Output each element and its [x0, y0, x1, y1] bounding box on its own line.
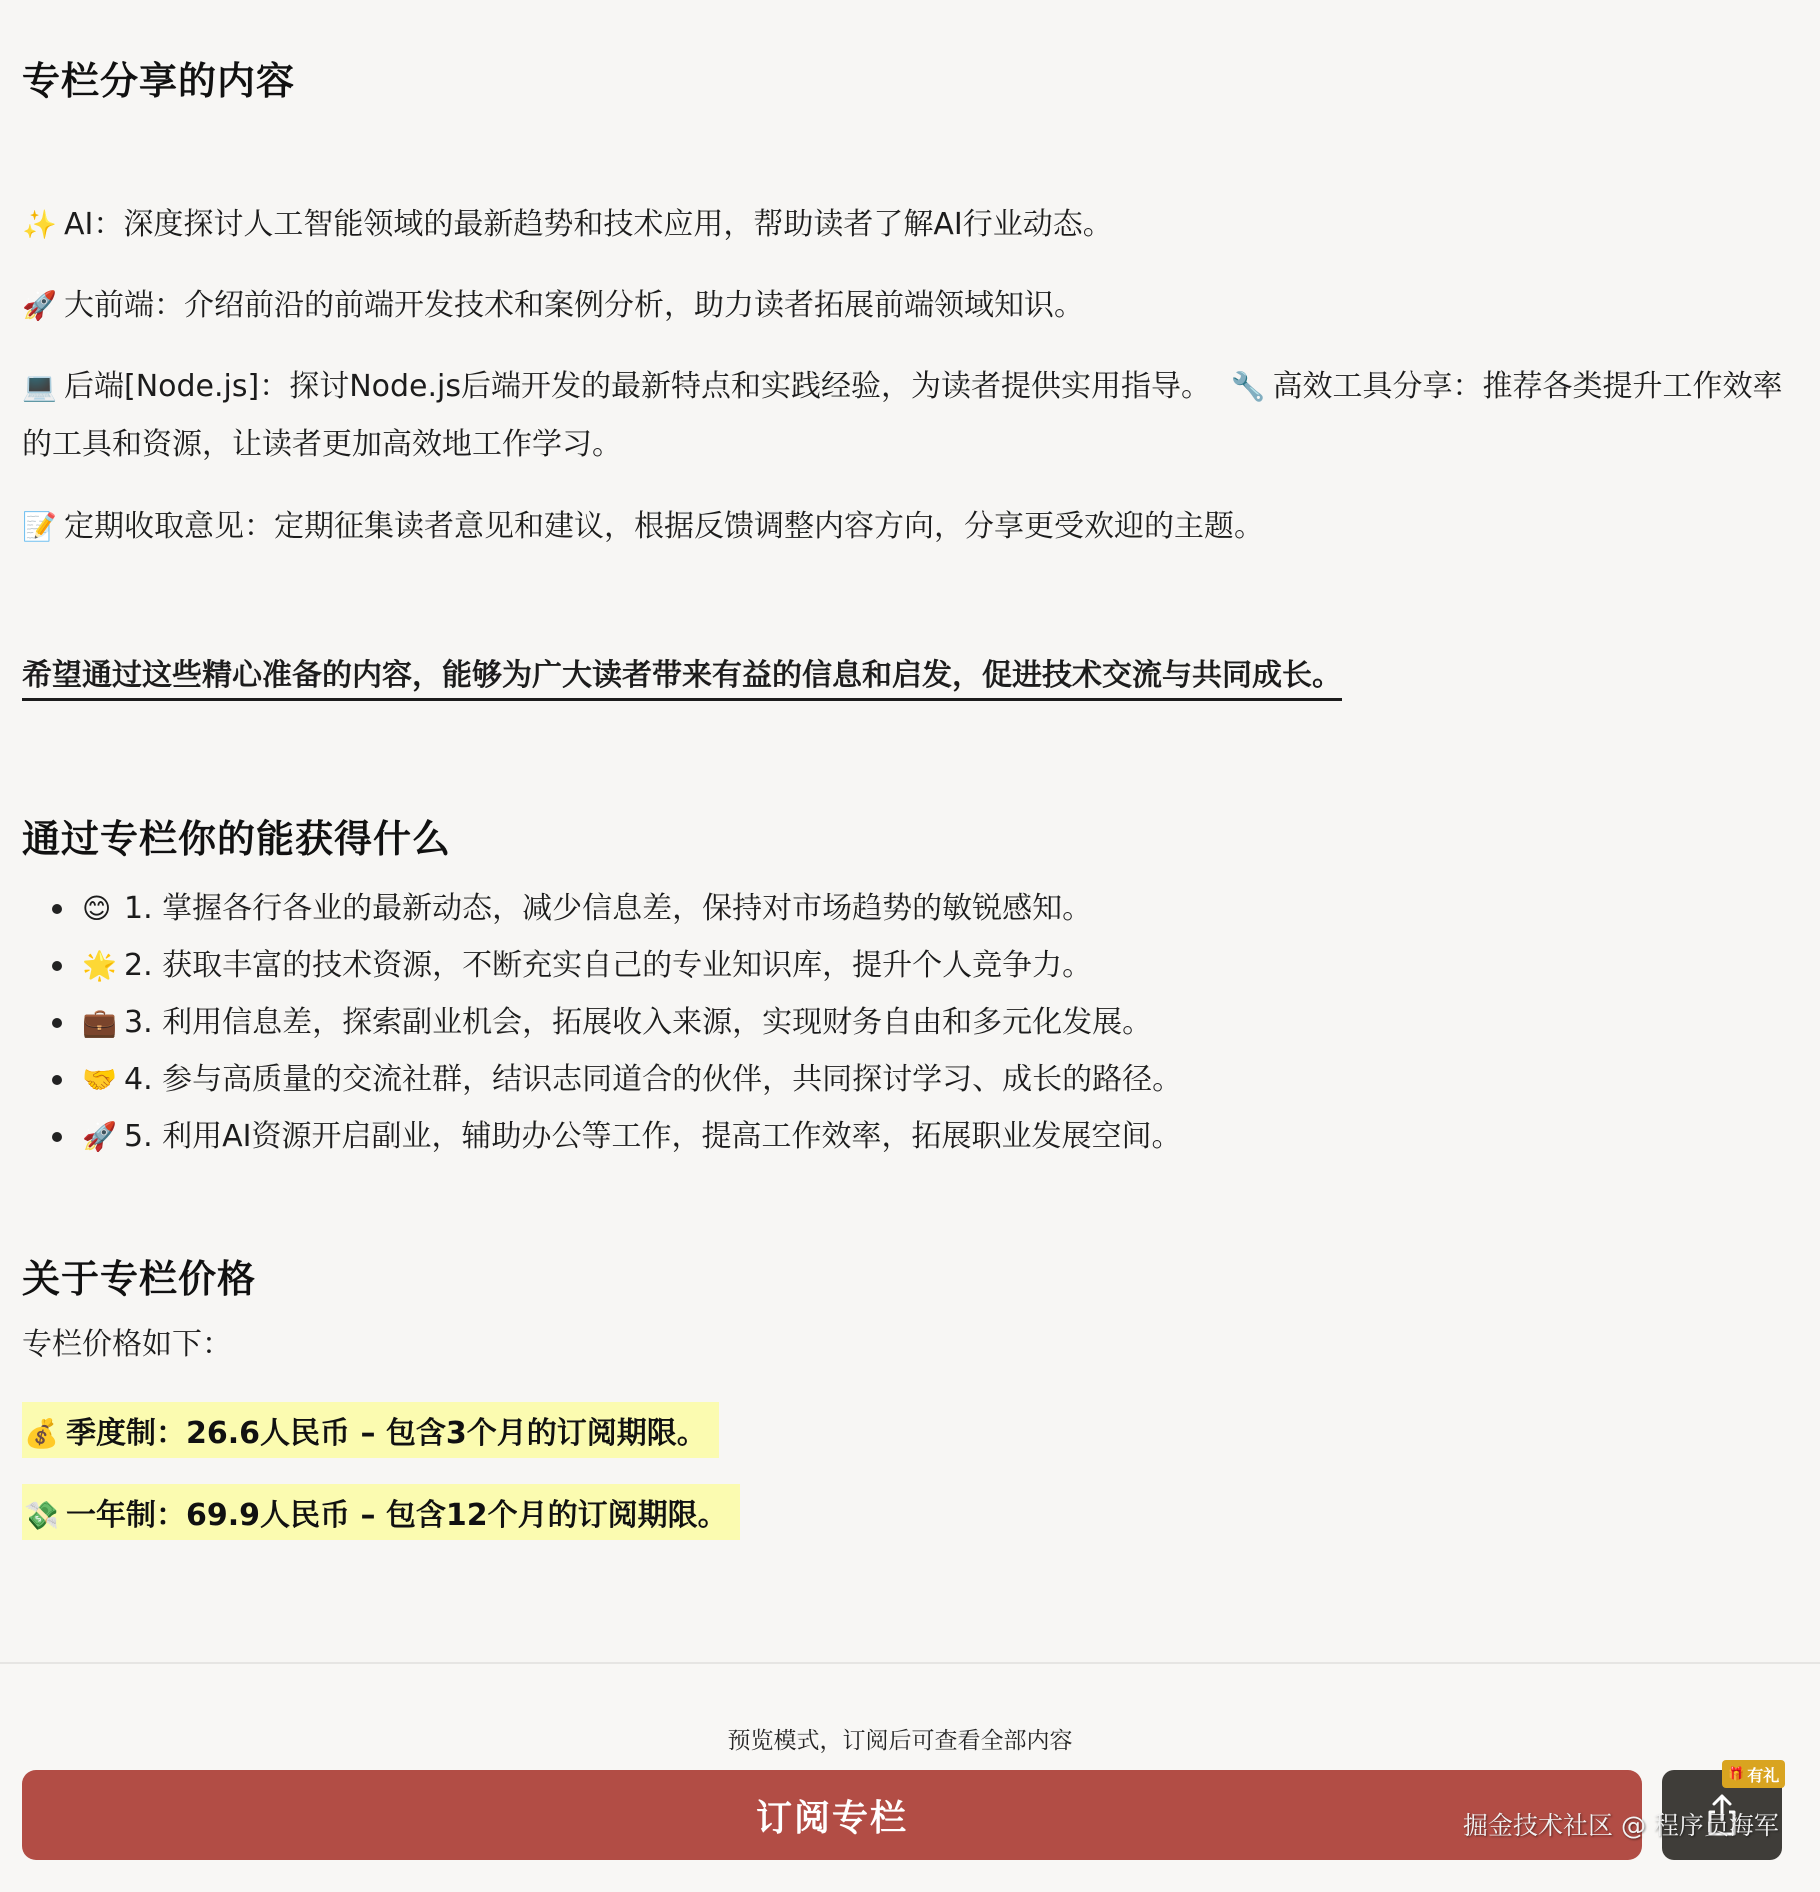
list-item: 🚀5. 利用AI资源开启副业，辅助办公等工作，提高工作效率，拓展职业发展空间。 — [52, 1108, 1182, 1165]
rocket-icon: 🚀 — [22, 277, 56, 335]
star-icon: 🌟 — [82, 937, 116, 994]
money-with-wings-icon: 💸 — [24, 1499, 58, 1532]
content-item-backend: 💻后端[Node.js]：探讨Node.js后端开发的最新特点和实践经验，为读者… — [22, 358, 1792, 474]
list-item: 🤝4. 参与高质量的交流社群，结识志同道合的伙伴，共同探讨学习、成长的路径。 — [52, 1051, 1182, 1108]
bullet-icon — [52, 1018, 62, 1028]
content-item-ai: ✨AI：深度探讨人工智能领域的最新趋势和技术应用，帮助读者了解AI行业动态。 — [22, 196, 1792, 254]
subscribe-button-label: 订阅专栏 — [756, 1790, 908, 1841]
gift-icon: 🎁 — [1728, 1767, 1744, 1782]
bullet-icon — [52, 1132, 62, 1142]
memo-icon: 📝 — [22, 498, 56, 556]
pricing-intro: 专栏价格如下： — [22, 1316, 1792, 1374]
section-title-pricing: 关于专栏价格 — [22, 1248, 256, 1303]
smile-icon: 😊 — [82, 880, 116, 937]
wrench-icon: 🔧 — [1231, 358, 1265, 416]
laptop-icon: 💻 — [22, 358, 56, 416]
bullet-icon — [52, 961, 62, 971]
list-item: 💼3. 利用信息差，探索副业机会，拓展收入来源，实现财务自由和多元化发展。 — [52, 994, 1182, 1051]
bullet-icon — [52, 1075, 62, 1085]
list-item: 🌟2. 获取丰富的技术资源，不断充实自己的专业知识库，提升个人竞争力。 — [52, 937, 1182, 994]
section-title-gains: 通过专栏你的能获得什么 — [22, 808, 451, 863]
sparkles-icon: ✨ — [22, 196, 56, 254]
price-plan-yearly: 💸一年制：69.9人民币 – 包含12个月的订阅期限。 — [22, 1484, 740, 1540]
handshake-icon: 🤝 — [82, 1051, 116, 1108]
gift-badge[interactable]: 🎁有礼 — [1722, 1760, 1785, 1788]
subscribe-button[interactable]: 订阅专栏 — [22, 1770, 1642, 1860]
bullet-icon — [52, 904, 62, 914]
preview-mode-note: 预览模式，订阅后可查看全部内容 — [0, 1722, 1800, 1755]
section-title-content: 专栏分享的内容 — [22, 50, 295, 105]
briefcase-icon: 💼 — [82, 994, 116, 1051]
watermark: 掘金技术社区 @ 程序员海军 — [1463, 1806, 1779, 1842]
rocket-icon: 🚀 — [82, 1108, 116, 1165]
money-bag-icon: 💰 — [24, 1417, 58, 1450]
subscribe-footer: 预览模式，订阅后可查看全部内容 订阅专栏 🎁有礼 掘金技术社区 @ 程序员海军 — [0, 1662, 1820, 1892]
content-item-feedback: 📝定期收取意见：定期征集读者意见和建议，根据反馈调整内容方向，分享更受欢迎的主题… — [22, 498, 1792, 556]
closing-statement: 希望通过这些精心准备的内容，能够为广大读者带来有益的信息和启发，促进技术交流与共… — [22, 650, 1342, 701]
price-plan-quarterly: 💰季度制：26.6人民币 – 包含3个月的订阅期限。 — [22, 1402, 719, 1458]
content-item-frontend: 🚀大前端：介绍前沿的前端开发技术和案例分析，助力读者拓展前端领域知识。 — [22, 277, 1792, 335]
gains-list: 😊1. 掌握各行各业的最新动态，减少信息差，保持对市场趋势的敏锐感知。 🌟2. … — [52, 880, 1182, 1165]
list-item: 😊1. 掌握各行各业的最新动态，减少信息差，保持对市场趋势的敏锐感知。 — [52, 880, 1182, 937]
